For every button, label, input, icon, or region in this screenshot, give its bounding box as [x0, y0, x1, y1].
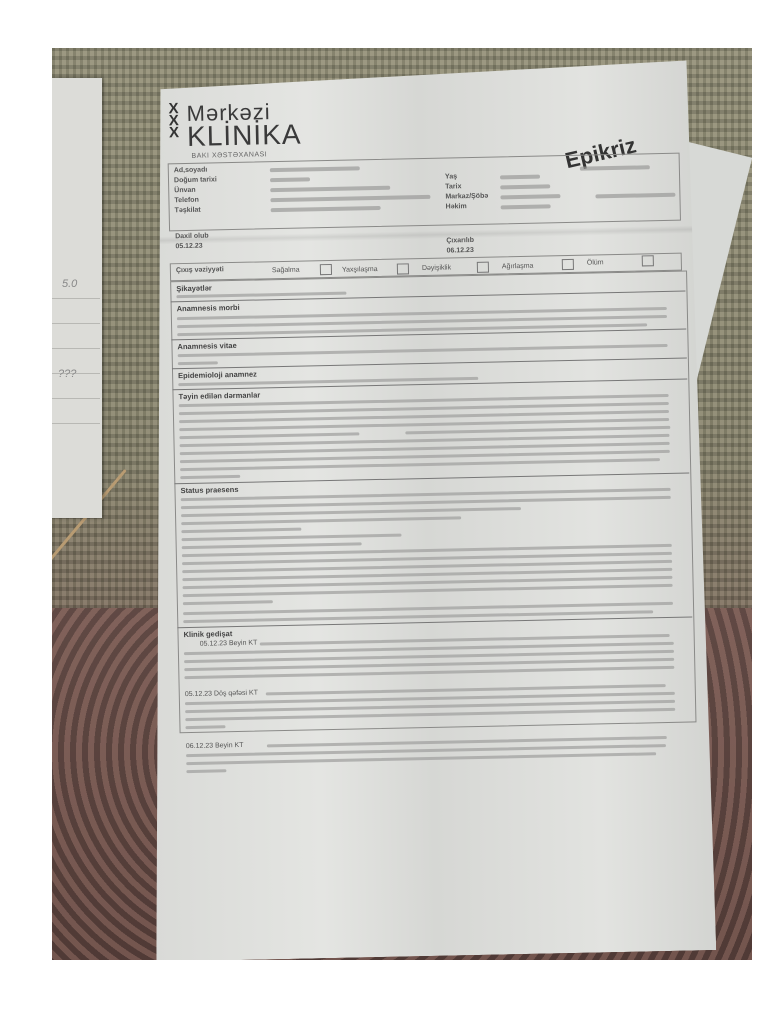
section-heading: Anamnesis vitae [177, 341, 236, 351]
field-label: Yaş [445, 173, 457, 180]
field-label: Ünvan [174, 187, 196, 194]
outcome-label: Çıxış vəziyyəti [176, 266, 224, 274]
handwritten-mark: 5.0 [62, 278, 77, 290]
field-label: Həkim [446, 203, 467, 210]
section-heading: Anamnesis morbi [177, 303, 240, 313]
course-entry-date: 06.12.23 Beyin KT [186, 742, 244, 750]
outcome-checkbox [320, 264, 332, 275]
section-heading: Təyin edilən dərmanlar [178, 390, 260, 401]
section-heading: Şikayətlər [176, 283, 212, 293]
outcome-checkbox [397, 263, 409, 274]
logo-mark-icon: XXX [168, 103, 183, 151]
field-label: Telefon [174, 197, 199, 205]
field-label: Doğum tarixi [174, 176, 217, 184]
field-label: Ad,soyadı [174, 167, 208, 175]
admitted-label: Daxil olub [175, 233, 209, 241]
side-paper: 5.0 ??? [52, 78, 102, 518]
discharged-label: Çıxarılıb [446, 237, 474, 245]
patient-info-box [168, 153, 681, 232]
section-heading: Status praesens [180, 485, 238, 495]
field-label: Təşkilat [175, 207, 201, 215]
outcome-option: Dəyişiklik [422, 264, 451, 272]
section-heading: Epidemioloji anamnez [178, 370, 257, 381]
outcome-option: Ağırlaşma [502, 263, 534, 271]
photo-background: 5.0 ??? XXX Mərkəzi KLİNİKA BAKI XƏSTƏXA… [52, 48, 752, 960]
outcome-option: Ölüm [587, 259, 604, 266]
clinic-subtitle: BAKI XƏSTƏXANASI [191, 151, 267, 160]
epikriz-sheet: XXX Mərkəzi KLİNİKA BAKI XƏSTƏXANASI Epi… [138, 60, 717, 960]
field-label: Markaz/Şöbə [445, 193, 488, 201]
section-heading: Klinik gedişat [183, 629, 232, 639]
outcome-checkbox [477, 262, 489, 273]
course-entry-date: 05.12.23 Beyin KT [200, 640, 258, 648]
field-label: Tarix [445, 183, 461, 190]
admitted-date: 05.12.23 [175, 243, 202, 251]
discharged-date: 06.12.23 [446, 247, 473, 255]
clinic-name-line2: KLİNİKA [187, 119, 302, 153]
outcome-checkbox [562, 259, 574, 270]
outcome-checkbox [642, 255, 654, 266]
outcome-option: Sağalma [272, 267, 300, 275]
outcome-option: Yaxşılaşma [342, 266, 378, 274]
handwritten-mark: ??? [58, 368, 76, 380]
